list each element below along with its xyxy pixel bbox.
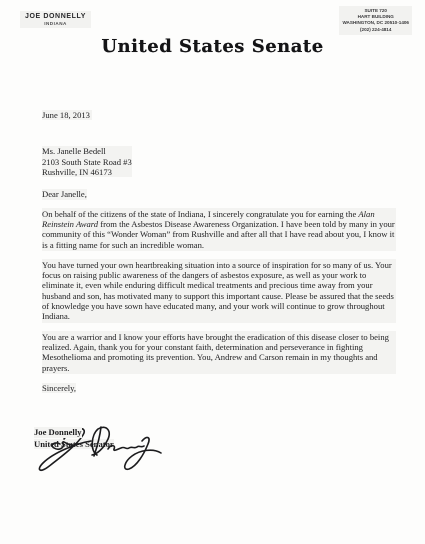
letter-paragraph: You have turned your own heartbreaking s… — [42, 259, 396, 323]
sender-block: JOE DONNELLY INDIANA — [20, 11, 91, 28]
paragraphs-container: On behalf of the citizens of the state o… — [42, 208, 396, 374]
closing: Sincerely, — [42, 383, 76, 393]
signature-block: Joe Donnelly United States Senator — [34, 427, 396, 461]
recipient-street: 2103 South State Road #3 — [42, 157, 132, 167]
salutation: Dear Janelle, — [42, 189, 87, 199]
letterhead-title: United States Senate — [0, 36, 425, 57]
recipient-city: Rushville, IN 46173 — [42, 167, 132, 177]
recipient-block: Ms. Janelle Bedell 2103 South State Road… — [42, 146, 132, 177]
letter-paragraph: On behalf of the citizens of the state o… — [42, 208, 396, 251]
office-address-line: WASHINGTON, DC 20510-1406 — [342, 20, 409, 26]
office-address-block: SUITE 720 HART BUILDING WASHINGTON, DC 2… — [339, 6, 412, 35]
sender-name: JOE DONNELLY — [25, 13, 86, 20]
sender-state: INDIANA — [25, 21, 86, 26]
signature-name: Joe Donnelly — [34, 427, 82, 437]
letter-paragraph: You are a warrior and I know your effort… — [42, 331, 396, 374]
date-line: June 18, 2013 — [42, 110, 92, 120]
letter-page: JOE DONNELLY INDIANA SUITE 720 HART BUIL… — [0, 0, 425, 544]
letter-body: June 18, 2013 Ms. Janelle Bedell 2103 So… — [42, 110, 396, 461]
office-address-line: (202) 224-4814 — [342, 27, 409, 33]
recipient-name: Ms. Janelle Bedell — [42, 146, 132, 156]
